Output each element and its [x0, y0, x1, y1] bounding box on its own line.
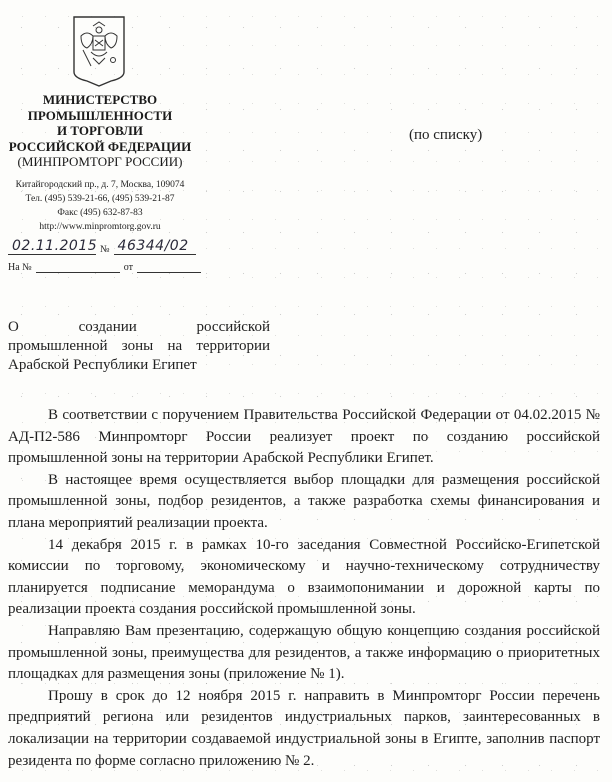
- reply-date-blank: [137, 262, 201, 273]
- reply-number-blank: [36, 262, 120, 273]
- contact-block: Китайгородский пр., д. 7, Москва, 109074…: [0, 178, 200, 234]
- paragraph: 14 декабря 2015 г. в рамках 10-го заседа…: [8, 535, 600, 621]
- from-label: от: [124, 262, 133, 273]
- phone: Тел. (495) 539-21-66, (495) 539-21-87: [0, 192, 200, 206]
- reply-to-label: На №: [8, 262, 32, 273]
- number-label: №: [100, 244, 110, 255]
- subject-word: российской: [197, 319, 270, 335]
- subject-word: создании: [79, 319, 137, 335]
- paragraph: Направляю Вам презентацию, содержащую об…: [8, 621, 600, 686]
- subject-word: О: [8, 319, 19, 335]
- registration-line: 02.11.2015 № 46344/02: [8, 238, 196, 255]
- address: Китайгородский пр., д. 7, Москва, 109074: [0, 178, 200, 192]
- fax: Факс (495) 632-87-83: [0, 206, 200, 220]
- letter-body: В соответствии с поручением Правительств…: [8, 405, 600, 772]
- ministry-line: РОССИЙСКОЙ ФЕДЕРАЦИИ: [0, 139, 200, 155]
- ministry-line: И ТОРГОВЛИ: [0, 123, 200, 139]
- russian-coat-of-arms-icon: [71, 14, 127, 90]
- paragraph: Прошу в срок до 12 ноября 2015 г. направ…: [8, 686, 600, 772]
- ministry-line: ПРОМЫШЛЕННОСТИ: [0, 108, 200, 124]
- recipient: (по списку): [409, 127, 482, 144]
- ministry-name: МИНИСТЕРСТВО ПРОМЫШЛЕННОСТИ И ТОРГОВЛИ Р…: [0, 92, 200, 170]
- reference-line: На № от: [8, 262, 201, 273]
- ministry-short-name: (МИНПРОМТОРГ РОССИИ): [0, 154, 200, 170]
- document-page: МИНИСТЕРСТВО ПРОМЫШЛЕННОСТИ И ТОРГОВЛИ Р…: [0, 0, 612, 782]
- registration-date: 02.11.2015: [8, 238, 96, 255]
- paragraph: В соответствии с поручением Правительств…: [8, 405, 600, 470]
- registration-number: 46344/02: [114, 238, 196, 255]
- subject-rest: промышленной зоны на территории Арабской…: [8, 338, 270, 373]
- website: http://www.minpromtorg.gov.ru: [0, 220, 200, 234]
- subject-line-1: О создании российской: [8, 318, 270, 337]
- ministry-line: МИНИСТЕРСТВО: [0, 92, 200, 108]
- subject: О создании российской промышленной зоны …: [8, 318, 270, 375]
- paragraph: В настоящее время осуществляется выбор п…: [8, 470, 600, 535]
